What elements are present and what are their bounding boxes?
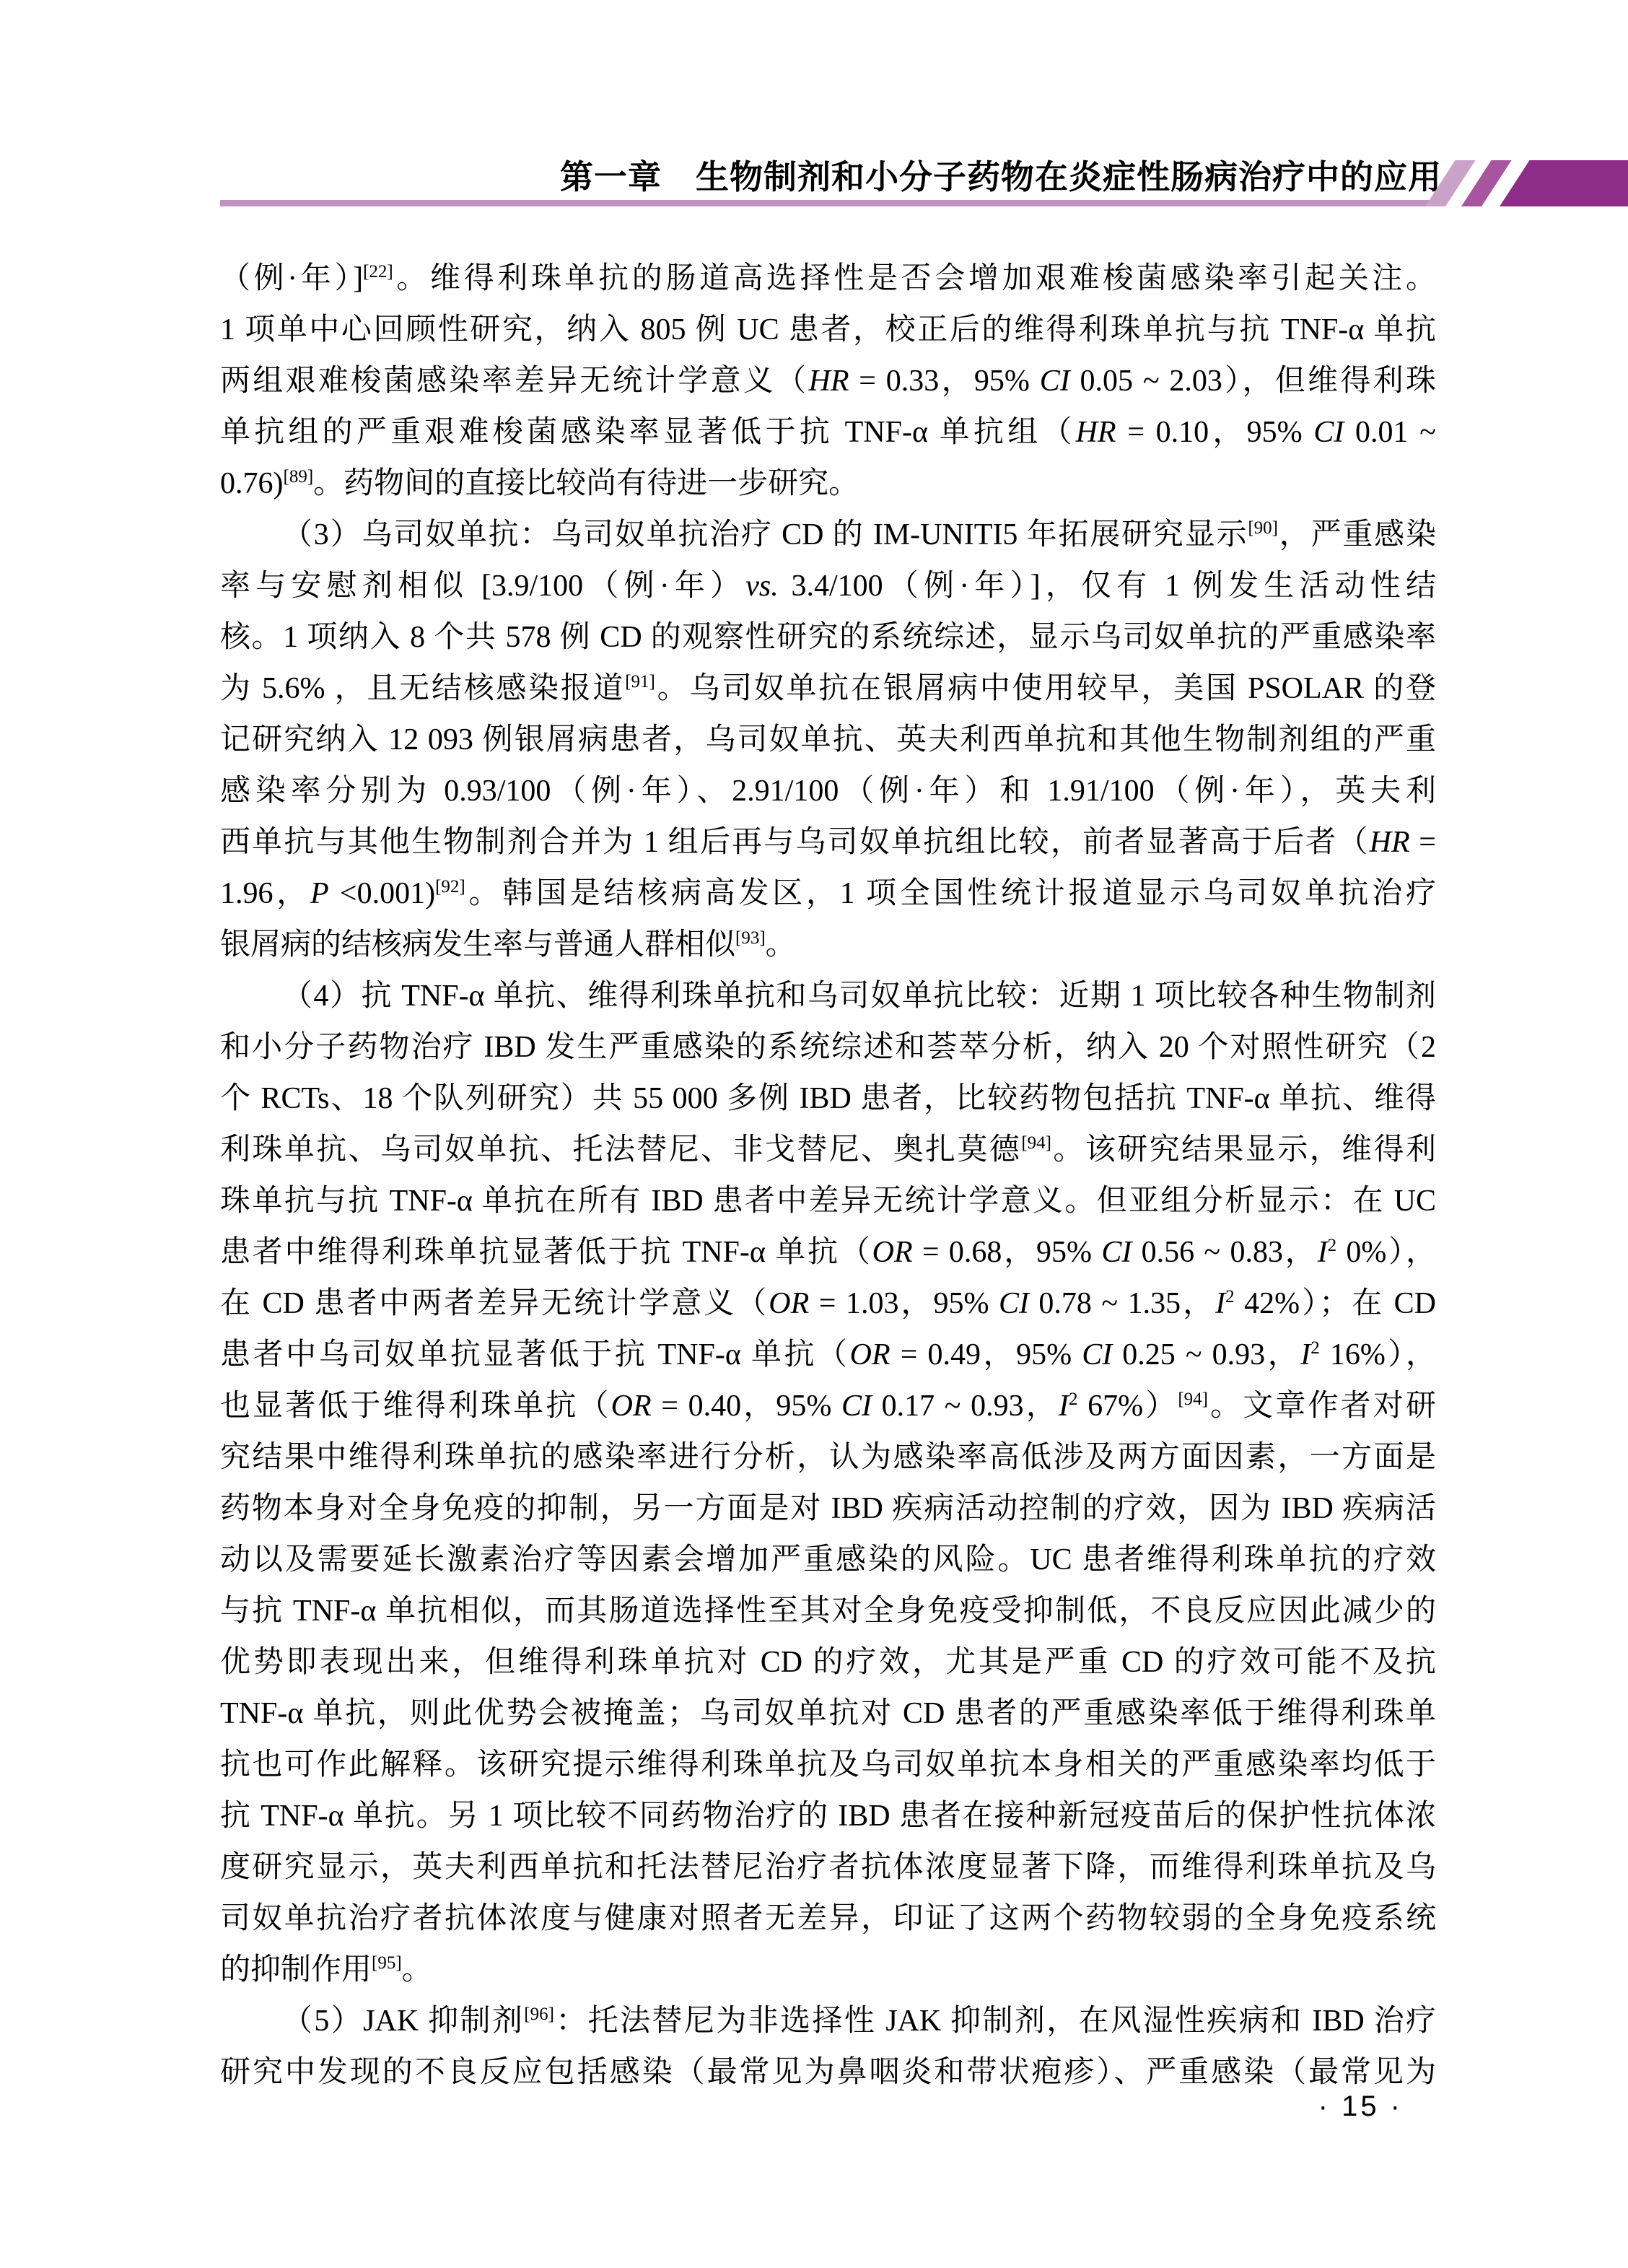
text-line: 药物本身对全身免疫的抑制，另一方面是对 IBD 疾病活动控制的疗效，因为 IBD… [220, 1483, 1436, 1535]
text-line: 两组艰难梭菌感染率差异无统计学意义（HR = 0.33，95% CI 0.05 … [220, 356, 1436, 407]
text-line: 司奴单抗治疗者抗体浓度与健康对照者无差异，印证了这两个药物较弱的全身免疫系统 [220, 1893, 1436, 1945]
text-line: 患者中乌司奴单抗显著低于抗 TNF-α 单抗（OR = 0.49，95% CI … [220, 1330, 1436, 1381]
text-line: 银屑病的结核病发生率与普通人群相似[93]。 [220, 920, 1436, 971]
text-line: 和小分子药物治疗 IBD 发生严重感染的系统综述和荟萃分析，纳入 20 个对照性… [220, 1022, 1436, 1073]
text-line: 个 RCTs、18 个队列研究）共 55 000 多例 IBD 患者，比较药物包… [220, 1073, 1436, 1125]
text-line: 度研究显示，英夫利西单抗和托法替尼治疗者抗体浓度显著下降，而维得利珠单抗及乌 [220, 1842, 1436, 1893]
text-line: 记研究纳入 12 093 例银屑病患者，乌司奴单抗、英夫利西单抗和其他生物制剂组… [220, 715, 1436, 766]
page-number: · 15 · [1318, 2090, 1403, 2123]
header-stripe-dark [1500, 160, 1628, 206]
text-line: 与抗 TNF-α 单抗相似，而其肠道选择性至其对全身免疫受抑制低，不良反应因此减… [220, 1586, 1436, 1637]
text-line: 研究中发现的不良反应包括感染（最常见为鼻咽炎和带状疱疹）、严重感染（最常见为 [220, 2047, 1436, 2098]
text-line: 患者中维得利珠单抗显著低于抗 TNF-α 单抗（OR = 0.68，95% CI… [220, 1227, 1436, 1278]
text-line: TNF-α 单抗，则此优势会被掩盖；乌司奴单抗对 CD 患者的严重感染率低于维得… [220, 1688, 1436, 1740]
text-line: 单抗组的严重艰难梭菌感染率显著低于抗 TNF-α 单抗组（HR = 0.10，9… [220, 407, 1436, 458]
text-line: 为 5.6% ，且无结核感染报道[91]。乌司奴单抗在银屑病中使用较早，美国 P… [220, 663, 1436, 715]
text-line: （4）抗 TNF-α 单抗、维得利珠单抗和乌司奴单抗比较：近期 1 项比较各种生… [220, 971, 1436, 1022]
text-line: 西单抗与其他生物制剂合并为 1 组后再与乌司奴单抗组比较，前者显著高于后者（HR… [220, 817, 1436, 868]
text-line: 利珠单抗、乌司奴单抗、托法替尼、非戈替尼、奥扎莫德[94]。该研究结果显示，维得… [220, 1125, 1436, 1176]
text-line: 0.76)[89]。药物间的直接比较尚有待进一步研究。 [220, 458, 1436, 510]
text-line: （3）乌司奴单抗：乌司奴单抗治疗 CD 的 IM-UNITI5 年拓展研究显示[… [220, 510, 1436, 561]
text-line: 在 CD 患者中两者差异无统计学意义（OR = 1.03，95% CI 0.78… [220, 1278, 1436, 1330]
header-rule [220, 200, 1432, 206]
chapter-title: 第一章 生物制剂和小分子药物在炎症性肠病治疗中的应用 [560, 158, 1442, 196]
text-line: 抗 TNF-α 单抗。另 1 项比较不同药物治疗的 IBD 患者在接种新冠疫苗后… [220, 1791, 1436, 1842]
text-line: 优势即表现出来，但维得利珠单抗对 CD 的疗效，尤其是严重 CD 的疗效可能不及… [220, 1637, 1436, 1688]
text-line: 1.96，P <0.001)[92]。韩国是结核病高发区，1 项全国性统计报道显… [220, 868, 1436, 920]
text-line: 抗也可作此解释。该研究提示维得利珠单抗及乌司奴单抗本身相关的严重感染率均低于 [220, 1740, 1436, 1791]
text-line: （5）JAK 抑制剂[96]：托法替尼为非选择性 JAK 抑制剂，在风湿性疾病和… [220, 1996, 1436, 2047]
text-line: 1 项单中心回顾性研究，纳入 805 例 UC 患者，校正后的维得利珠单抗与抗 … [220, 305, 1436, 356]
body-text: （例·年）][22]。维得利珠单抗的肠道高选择性是否会增加艰难梭菌感染率引起关注… [220, 253, 1436, 2098]
text-line: 动以及需要延长激素治疗等因素会增加严重感染的风险。UC 患者维得利珠单抗的疗效 [220, 1535, 1436, 1586]
text-line: 率与安慰剂相似 [3.9/100（例·年）vs. 3.4/100（例·年）]，仅… [220, 561, 1436, 612]
text-line: 核。1 项纳入 8 个共 578 例 CD 的观察性研究的系统综述，显示乌司奴单… [220, 612, 1436, 663]
text-line: 究结果中维得利珠单抗的感染率进行分析，认为感染率高低涉及两方面因素，一方面是 [220, 1432, 1436, 1483]
text-line: 珠单抗与抗 TNF-α 单抗在所有 IBD 患者中差异无统计学意义。但亚组分析显… [220, 1176, 1436, 1227]
text-line: 的抑制作用[95]。 [220, 1945, 1436, 1996]
text-line: 也显著低于维得利珠单抗（OR = 0.40，95% CI 0.17 ~ 0.93… [220, 1381, 1436, 1432]
text-line: 感染率分别为 0.93/100（例·年）、2.91/100（例·年）和 1.91… [220, 766, 1436, 817]
text-line: （例·年）][22]。维得利珠单抗的肠道高选择性是否会增加艰难梭菌感染率引起关注… [220, 253, 1436, 305]
book-page: 第一章 生物制剂和小分子药物在炎症性肠病治疗中的应用 （例·年）][22]。维得… [0, 0, 1628, 2268]
